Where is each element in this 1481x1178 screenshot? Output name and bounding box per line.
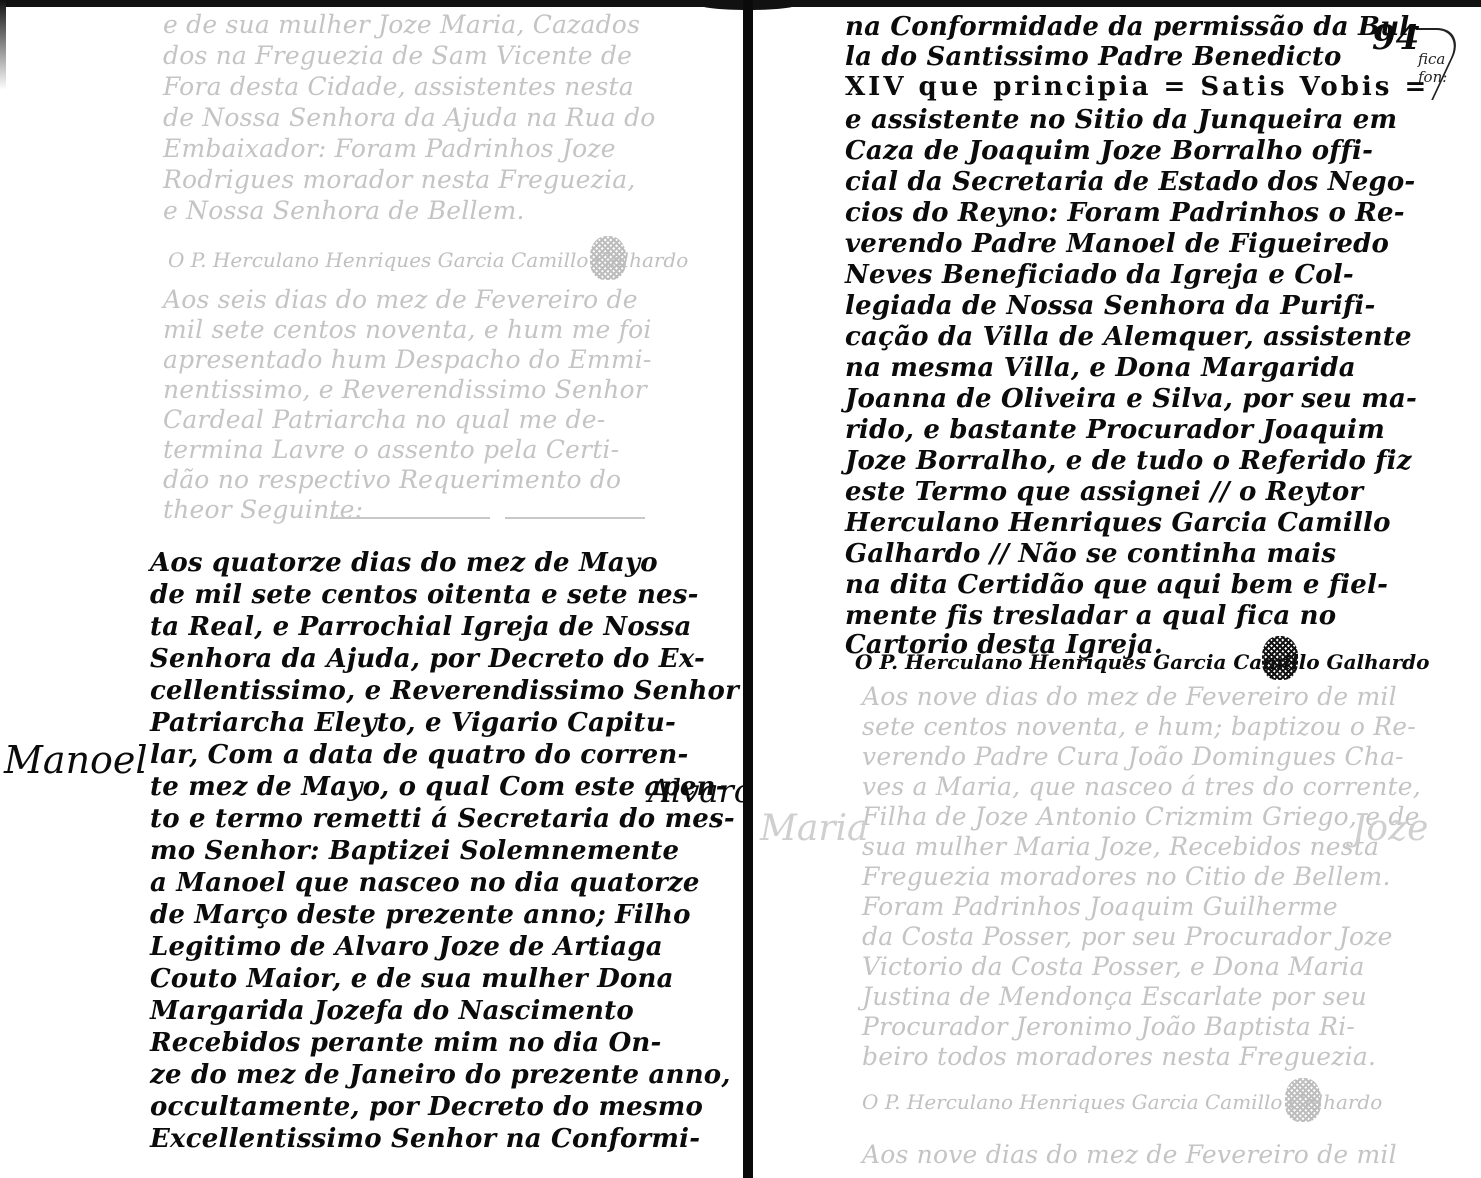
text-line: Cardeal Patriarcha no qual me de- — [163, 405, 605, 434]
text-line: sete centos noventa, e hum; baptizou o R… — [862, 712, 1416, 741]
baptism-entry-continuation: na Conformidade da permissão da Bul- la … — [845, 12, 1345, 652]
text-line: Excellentissimo Senhor na Conformi- — [150, 1124, 700, 1154]
text-line: Justina de Mendonça Escarlate por seu — [862, 982, 1367, 1011]
text-line: verendo Padre Cura João Domingues Cha- — [862, 742, 1404, 771]
text-line: e Nossa Senhora de Bellem. — [163, 196, 525, 225]
baptism-entry-manoel: Aos quatorze dias do mez de Mayo de mil … — [150, 548, 650, 1168]
signature-seal-mark — [590, 236, 626, 280]
text-line: cellentissimo, e Reverendissimo Senhor — [150, 676, 739, 706]
text-line: na Conformidade da permissão da Bul- — [845, 12, 1420, 42]
text-line: occultamente, por Decreto do mesmo — [150, 1092, 703, 1122]
text-line: Freguezia moradores no Citio de Bellem. — [862, 862, 1391, 891]
text-line: Filha de Joze Antonio Crizmim Griego, e … — [862, 802, 1420, 831]
text-line: de mil sete centos oitenta e sete nes- — [150, 580, 699, 610]
text-line: de Nossa Senhora da Ajuda na Rua do — [163, 103, 656, 132]
text-line: XIV que principia = Satis Vobis = — [845, 72, 1429, 102]
faded-entry-maria: Aos nove dias do mez de Fevereiro de mil… — [862, 682, 1362, 1102]
text-line: Herculano Henriques Garcia Camillo — [845, 508, 1391, 538]
text-line: na dita Certidão que aqui bem e fiel- — [845, 570, 1388, 600]
text-line: theor Seguinte: — [163, 495, 363, 524]
text-line: Legitimo de Alvaro Joze de Artiaga — [150, 932, 663, 962]
text-line: a Manoel que nasceo no dia quatorze — [150, 868, 700, 898]
faded-entry-top: e de sua mulher Joze Maria, Cazados dos … — [163, 10, 673, 230]
text-line: nentissimo, e Reverendissimo Senhor — [163, 375, 647, 404]
text-line: Foram Padrinhos Joaquim Guilherme — [862, 892, 1338, 921]
text-line: Recebidos perante mim no dia On- — [150, 1028, 662, 1058]
text-line: Margarida Jozefa do Nascimento — [150, 996, 634, 1026]
faded-entry-middle: Aos seis dias do mez de Fevereiro de mil… — [163, 285, 673, 525]
text-line: Caza de Joaquim Joze Borralho offi- — [845, 136, 1373, 166]
text-line: Rodrigues morador nesta Freguezia, — [163, 165, 636, 194]
text-line: la do Santissimo Padre Benedicto — [845, 42, 1342, 72]
text-line: Fora desta Cidade, assistentes nesta — [163, 72, 634, 101]
text-line: Joanna de Oliveira e Silva, por seu ma- — [845, 384, 1417, 414]
next-entry-start: Aos nove dias do mez de Fevereiro de mil — [862, 1140, 1362, 1170]
text-line: ves a Maria, que nasceo á tres do corren… — [862, 772, 1421, 801]
text-line: cial da Secretaria de Estado dos Nego- — [845, 167, 1415, 197]
text-line: Joze Borralho, e de tudo o Referido fiz — [845, 446, 1412, 476]
left-page: e de sua mulher Joze Maria, Cazados dos … — [0, 0, 743, 1178]
text-line: termina Lavre o assento pela Certi- — [163, 435, 619, 464]
text-line: Embaixador: Foram Padrinhos Joze — [163, 134, 616, 163]
text-line: mente fis tresladar a qual fica no — [845, 601, 1336, 631]
margin-name-joze: Joze — [1352, 808, 1428, 849]
text-line: verendo Padre Manoel de Figueiredo — [845, 229, 1389, 259]
text-line: Procurador Jeronimo João Baptista Ri- — [862, 1012, 1355, 1041]
rector-signature: O P. Herculano Henriques Garcia Camillo … — [855, 650, 1430, 674]
text-line: sua mulher Maria Joze, Recebidos nesta — [862, 832, 1379, 861]
text-line: Couto Maior, e de sua mulher Dona — [150, 964, 674, 994]
text-line: mil sete centos noventa, e hum me foi — [163, 315, 652, 344]
text-line: cação da Villa de Alemquer, assistente — [845, 322, 1412, 352]
entry-end-rule — [505, 517, 645, 519]
text-line: cios do Reyno: Foram Padrinhos o Re- — [845, 198, 1405, 228]
text-line: na mesma Villa, e Dona Margarida — [845, 353, 1356, 383]
signature-seal-mark — [1285, 1078, 1321, 1122]
text-line: Aos nove dias do mez de Fevereiro de mil — [862, 1140, 1397, 1169]
text-line: Patriarcha Eleyto, e Vigario Capitu- — [150, 708, 676, 738]
text-line: ta Real, e Parrochial Igreja de Nossa — [150, 612, 692, 642]
book-gutter — [743, 0, 753, 1178]
text-line: apresentado hum Despacho do Emmi- — [163, 345, 652, 374]
entry-end-rule — [330, 517, 490, 519]
text-line: beiro todos moradores nesta Freguezia. — [862, 1042, 1376, 1071]
text-line: e assistente no Sitio da Junqueira em — [845, 105, 1397, 135]
text-line: mo Senhor: Baptizei Solemnemente — [150, 836, 679, 866]
text-line: Aos quatorze dias do mez de Mayo — [150, 548, 658, 578]
margin-name-manoel: Manoel — [4, 738, 148, 782]
text-line: Victorio da Costa Posser, e Dona Maria — [862, 952, 1365, 981]
margin-name-maria: Maria — [760, 808, 869, 849]
signature-seal-mark — [1262, 636, 1298, 680]
text-line: Senhora da Ajuda, por Decreto do Ex- — [150, 644, 705, 674]
text-line: Aos nove dias do mez de Fevereiro de mil — [862, 682, 1397, 711]
text-line: este Termo que assignei // o Reytor — [845, 477, 1363, 507]
text-line: e de sua mulher Joze Maria, Cazados — [163, 10, 640, 39]
text-line: dão no respectivo Requerimento do — [163, 465, 621, 494]
text-line: te mez de Mayo, o qual Com este apen- — [150, 772, 727, 802]
text-line: legiada de Nossa Senhora da Purifi- — [845, 291, 1375, 321]
text-line: Galhardo // Não se continha mais — [845, 539, 1336, 569]
margin-name-alvaro: Alvaro — [648, 772, 753, 810]
text-line: Aos seis dias do mez de Fevereiro de — [163, 285, 638, 314]
text-line: rido, e bastante Procurador Joaquim — [845, 415, 1385, 445]
text-line: Neves Beneficiado da Igreja e Col- — [845, 260, 1354, 290]
text-line: lar, Com a data de quatro do corren- — [150, 740, 688, 770]
text-line: dos na Freguezia de Sam Vicente de — [163, 41, 632, 70]
text-line: ze do mez de Janeiro do prezente anno, — [150, 1060, 731, 1090]
text-line: de Março deste prezente anno; Filho — [150, 900, 691, 930]
text-line: da Costa Posser, por seu Procurador Joze — [862, 922, 1393, 951]
